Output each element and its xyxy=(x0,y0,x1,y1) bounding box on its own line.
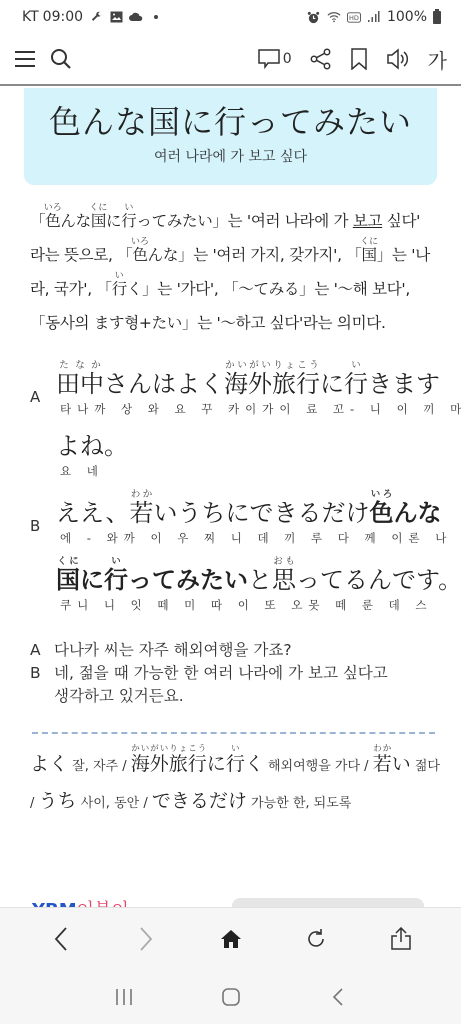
explanation-paragraph: 「色いろんな国くにに行いってみたい」는 '여러 나라에 가 보고 싶다' 라는 … xyxy=(30,203,437,340)
vocab-word: できるだけ xyxy=(152,790,247,812)
ruby-iro: 色いろ xyxy=(45,212,60,230)
signal-icon xyxy=(367,10,381,24)
back-icon xyxy=(331,987,345,1007)
vocabulary-list: よく 잘, 자주 / 海外旅行かいがいりょこうに行いく 해외여행을 가다 / 若… xyxy=(30,744,441,821)
status-right: HD 100% xyxy=(307,9,441,25)
battery-percent: 100% xyxy=(387,9,427,25)
home-button[interactable] xyxy=(211,919,251,959)
comment-count: 0 xyxy=(283,51,292,67)
pronunciation: 타나까 상 와 요 꾸 카이가이 료 꼬- 니 이 끼 마 스 xyxy=(56,401,461,417)
refresh-icon xyxy=(305,928,327,950)
translation-a: A 다나카 씨는 자주 해외여행을 가죠? xyxy=(30,639,441,662)
share-icon xyxy=(390,927,412,951)
vocab-word: 海外旅行かいがいりょこうに行いく xyxy=(131,753,264,775)
search-button[interactable] xyxy=(50,45,72,73)
vocab-meaning: 잘, 자주 xyxy=(72,759,118,774)
system-back-button[interactable] xyxy=(318,977,358,1017)
status-bar: KT 09:00 HD 100% xyxy=(0,0,461,34)
home-icon xyxy=(221,987,241,1007)
vocab-word: うち xyxy=(39,790,77,812)
dialog: A 田中たなかさんはよく海外旅行かいがいりょこうに行いきます 타나까 상 와 요… xyxy=(30,360,443,613)
forward-icon xyxy=(138,926,154,952)
share-page-button[interactable] xyxy=(381,919,421,959)
system-home-button[interactable] xyxy=(211,977,251,1017)
bookmark-icon xyxy=(350,48,368,70)
comments-button[interactable]: 0 xyxy=(258,45,292,73)
font-size-button[interactable]: 가 xyxy=(428,45,447,73)
dialog-b-line1: B ええ、若わかいうちにできるだけ色いろんな 에 - 와까 이 우 찌 니 데 … xyxy=(30,489,443,546)
system-nav-bar xyxy=(0,969,461,1024)
title-korean: 여러 나라에 가 보고 싶다 xyxy=(24,146,437,166)
back-icon xyxy=(53,926,69,952)
dialog-a-line2: A よね。 요 네 xyxy=(30,431,443,479)
carrier: KT xyxy=(22,9,39,25)
vocab-meaning: 사이, 동안 xyxy=(81,796,140,811)
vocab-meaning: 가능한 한, 되도록 xyxy=(251,796,351,811)
search-icon xyxy=(50,48,72,70)
status-left: KT 09:00 xyxy=(22,9,163,25)
vocab-meaning: 해외여행을 가다 xyxy=(268,759,360,774)
share-icon xyxy=(310,48,332,70)
svg-text:HD: HD xyxy=(349,14,359,22)
menu-button[interactable] xyxy=(14,45,36,73)
menu-icon xyxy=(14,50,36,68)
wifi-icon xyxy=(327,10,341,24)
speaker-a: A xyxy=(30,360,56,406)
battery-icon xyxy=(433,11,441,24)
refresh-button[interactable] xyxy=(296,919,336,959)
clock: 09:00 xyxy=(43,9,83,25)
home-icon xyxy=(220,929,242,949)
wrench-icon xyxy=(89,10,103,24)
speaker-b: B xyxy=(30,489,56,535)
ruby-iku: 行い xyxy=(121,212,136,230)
audio-button[interactable] xyxy=(386,45,410,73)
recent-apps-button[interactable] xyxy=(104,977,144,1017)
ruby-kuni: 国くに xyxy=(91,212,106,230)
alarm-icon xyxy=(307,10,321,24)
vocab-meaning: 젊다 xyxy=(415,759,440,774)
hd-icon: HD xyxy=(347,10,361,24)
pronunciation: 쿠니 니 잇 떼 미 따 이 또 오못 떼 룬 데 스 xyxy=(56,597,461,613)
footer-brand-row: YBM이북이 xyxy=(32,890,432,908)
pronunciation: 요 네 xyxy=(56,463,128,479)
recent-apps-icon xyxy=(114,988,134,1006)
title-box: 色んな国に行ってみたい 여러 나라에 가 보고 싶다 xyxy=(24,88,437,185)
speaker-icon xyxy=(386,48,410,70)
vocab-word: 若わかい xyxy=(373,753,411,775)
title-japanese: 色んな国に行ってみたい xyxy=(24,102,437,142)
back-button[interactable] xyxy=(41,919,81,959)
image-icon xyxy=(109,10,123,24)
translation: A 다나카 씨는 자주 해외여행을 가죠? B 네, 젊을 때 가능한 한 여러… xyxy=(30,639,441,708)
dialog-a-line1: A 田中たなかさんはよく海外旅行かいがいりょこうに行いきます 타나까 상 와 요… xyxy=(30,360,443,417)
translation-b: B 네, 젊을 때 가능한 한 여러 나라에 가 보고 싶다고 xyxy=(30,662,441,685)
article-toolbar: 0 가 xyxy=(0,34,461,86)
dialog-b-line2: B 国くにに行いってみたいと思おもってるんです。 쿠니 니 잇 떼 미 따 이 … xyxy=(30,556,443,613)
pronunciation: 에 - 와까 이 우 찌 니 데 끼 루 다 께 이론 나 xyxy=(56,530,452,546)
browser-bottom-bar xyxy=(0,907,461,969)
share-button[interactable] xyxy=(310,45,332,73)
comment-icon xyxy=(258,49,280,69)
dot-icon xyxy=(149,10,163,24)
forward-button[interactable] xyxy=(126,919,166,959)
bookmark-button[interactable] xyxy=(350,45,368,73)
dashed-divider xyxy=(32,732,435,734)
vocab-word: よく xyxy=(30,753,68,775)
article-content: 色んな国に行ってみたい 여러 나라에 가 보고 싶다 「色いろんな国くにに行いっ… xyxy=(0,88,461,908)
cloud-icon xyxy=(129,10,143,24)
